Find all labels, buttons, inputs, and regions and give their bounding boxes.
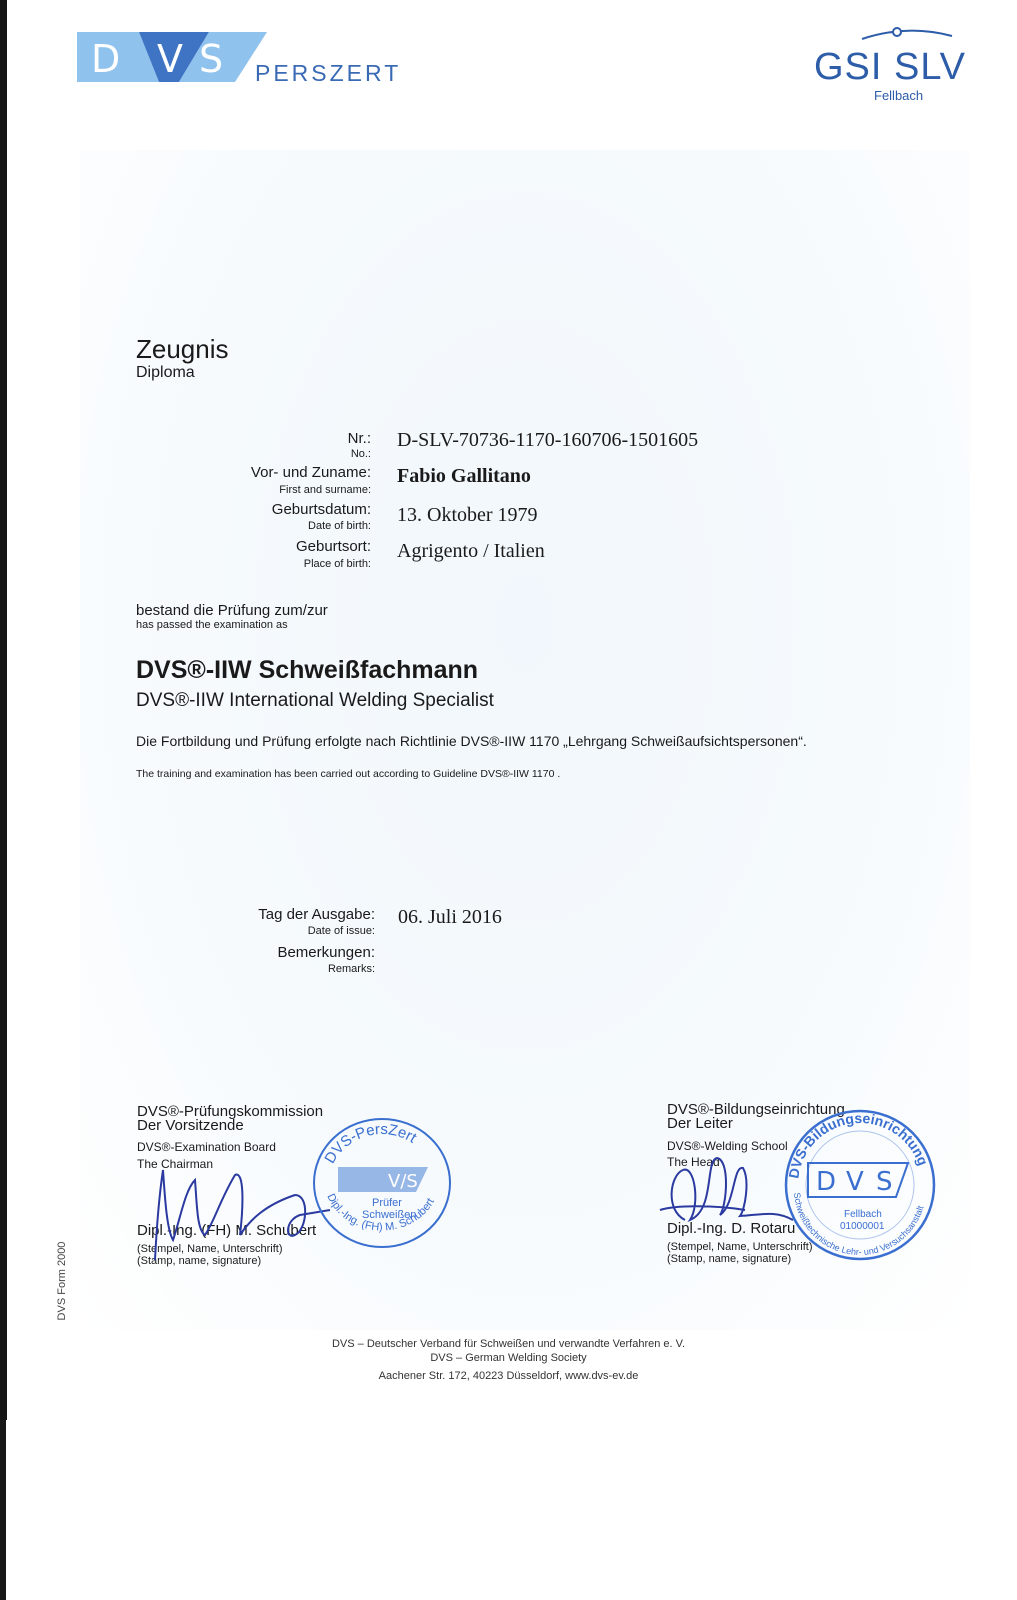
- signature-block-chairman: DVS®-Prüfungskommission Der Vorsitzende: [137, 1105, 323, 1133]
- field-label-birthdate: Geburtsdatum:: [131, 501, 371, 518]
- field-sublabel-birthplace: Place of birth:: [131, 558, 371, 570]
- issue-date-label: Tag der Ausgabe:: [135, 906, 375, 923]
- issue-date-sublabel: Date of issue:: [135, 925, 375, 937]
- scan-edge-shadow: [0, 0, 7, 1420]
- document-title: Zeugnis: [136, 334, 229, 365]
- svg-text:DVS-PersZert: DVS-PersZert: [321, 1121, 420, 1167]
- issue-date: 06. Juli 2016: [398, 906, 502, 929]
- footer-line-org-de: DVS – Deutscher Verband für Schweißen un…: [0, 1338, 1017, 1350]
- form-number-label: DVS Form 2000: [56, 1241, 68, 1321]
- dvs-logo-icon: D V S: [77, 30, 267, 82]
- birth-date: 13. Oktober 1979: [397, 504, 538, 527]
- exam-statement-en: has passed the examination as: [136, 619, 288, 631]
- field-sublabel-number: No.:: [131, 448, 371, 460]
- chairman-signature-icon: [135, 1150, 335, 1270]
- gsi-slv-wordmark: GSI SLV: [814, 46, 966, 89]
- footer-line-address: Aachener Str. 172, 40223 Düsseldorf, www…: [0, 1370, 1017, 1382]
- svg-text:Schweißen: Schweißen: [362, 1209, 416, 1221]
- field-sublabel-name: First and surname:: [131, 484, 371, 496]
- guideline-text-de: Die Fortbildung und Prüfung erfolgte nac…: [136, 733, 807, 749]
- svg-text:Prüfer: Prüfer: [372, 1197, 402, 1209]
- field-sublabel-birthdate: Date of birth:: [131, 520, 371, 532]
- birth-place: Agrigento / Italien: [397, 540, 545, 563]
- welding-school-stamp-icon: DVS-Bildungseinrichtung Schweißtechnisch…: [780, 1105, 940, 1265]
- svg-text:V: V: [846, 1167, 864, 1197]
- footer-line-org-en: DVS – German Welding Society: [0, 1352, 1017, 1364]
- field-label-birthplace: Geburtsort:: [131, 538, 371, 555]
- svg-text:Fellbach: Fellbach: [844, 1209, 882, 1220]
- gsi-arc-icon: [852, 24, 962, 44]
- field-label-number: Nr.:: [131, 430, 371, 447]
- exam-statement-de: bestand die Prüfung zum/zur: [136, 602, 328, 619]
- holder-name: Fabio Gallitano: [397, 465, 531, 488]
- remarks-label: Bemerkungen:: [135, 944, 375, 961]
- remarks-sublabel: Remarks:: [135, 963, 375, 975]
- scan-edge-shadow-lower: [0, 1420, 6, 1600]
- head-note-en: (Stamp, name, signature): [667, 1253, 791, 1265]
- svg-text:S: S: [876, 1167, 893, 1197]
- svg-text:V: V: [157, 37, 183, 81]
- perszert-wordmark: PERSZERT: [255, 60, 401, 87]
- perszert-stamp-icon: DVS-PersZert Dipl.-Ing. (FH) M. Schubert…: [308, 1112, 456, 1254]
- guideline-text-en: The training and examination has been ca…: [136, 768, 560, 780]
- svg-text:D: D: [91, 37, 120, 81]
- svg-text:01000001: 01000001: [840, 1221, 885, 1232]
- svg-text:V/S: V/S: [388, 1171, 418, 1192]
- svg-text:S: S: [199, 37, 223, 81]
- head-signature-icon: [655, 1150, 795, 1230]
- svg-text:D: D: [816, 1167, 836, 1197]
- gsi-slv-logo: GSI SLV Fellbach: [812, 24, 972, 109]
- chairman-title-de: Der Vorsitzende: [137, 1119, 323, 1133]
- qualification-title-en: DVS®-IIW International Welding Specialis…: [136, 690, 494, 712]
- document-subtitle: Diploma: [136, 364, 195, 382]
- field-label-name: Vor- und Zuname:: [131, 464, 371, 481]
- certificate-number: D-SLV-70736-1170-160706-1501605: [397, 429, 698, 452]
- qualification-title-de: DVS®-IIW Schweißfachmann: [136, 656, 478, 685]
- gsi-location: Fellbach: [874, 88, 923, 103]
